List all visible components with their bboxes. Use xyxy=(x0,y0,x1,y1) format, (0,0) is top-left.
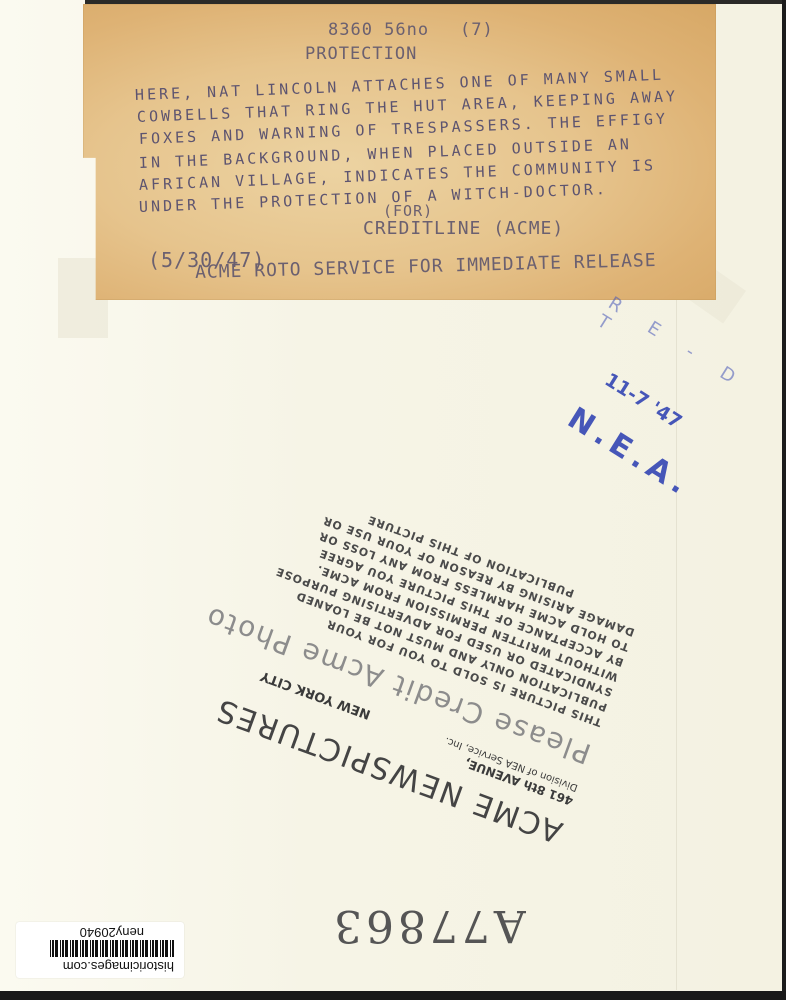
creditline: CREDITLINE (ACME) xyxy=(363,218,564,239)
caption-slip: 8360 56no (7) PROTECTION HERE, NAT LINCO… xyxy=(83,4,716,300)
sequence-number: (7) xyxy=(460,20,494,40)
nea-received-stamp: R E - D T 11-7 '47 N.E.A. xyxy=(560,330,780,520)
barcode-icon xyxy=(48,940,174,957)
headline: PROTECTION xyxy=(305,44,417,64)
barcode-site-text: historicimages.com xyxy=(63,959,174,974)
scan-bottom-edge xyxy=(0,991,786,1000)
scan-top-edge xyxy=(85,0,786,4)
barcode-label: historicimages.com neny20940 xyxy=(16,922,184,978)
barcode-id-text: neny20940 xyxy=(80,925,144,940)
handwritten-archive-number: A77863 xyxy=(330,900,526,951)
scan-right-edge xyxy=(782,0,786,1000)
reference-number: 8360 56no xyxy=(328,20,429,40)
